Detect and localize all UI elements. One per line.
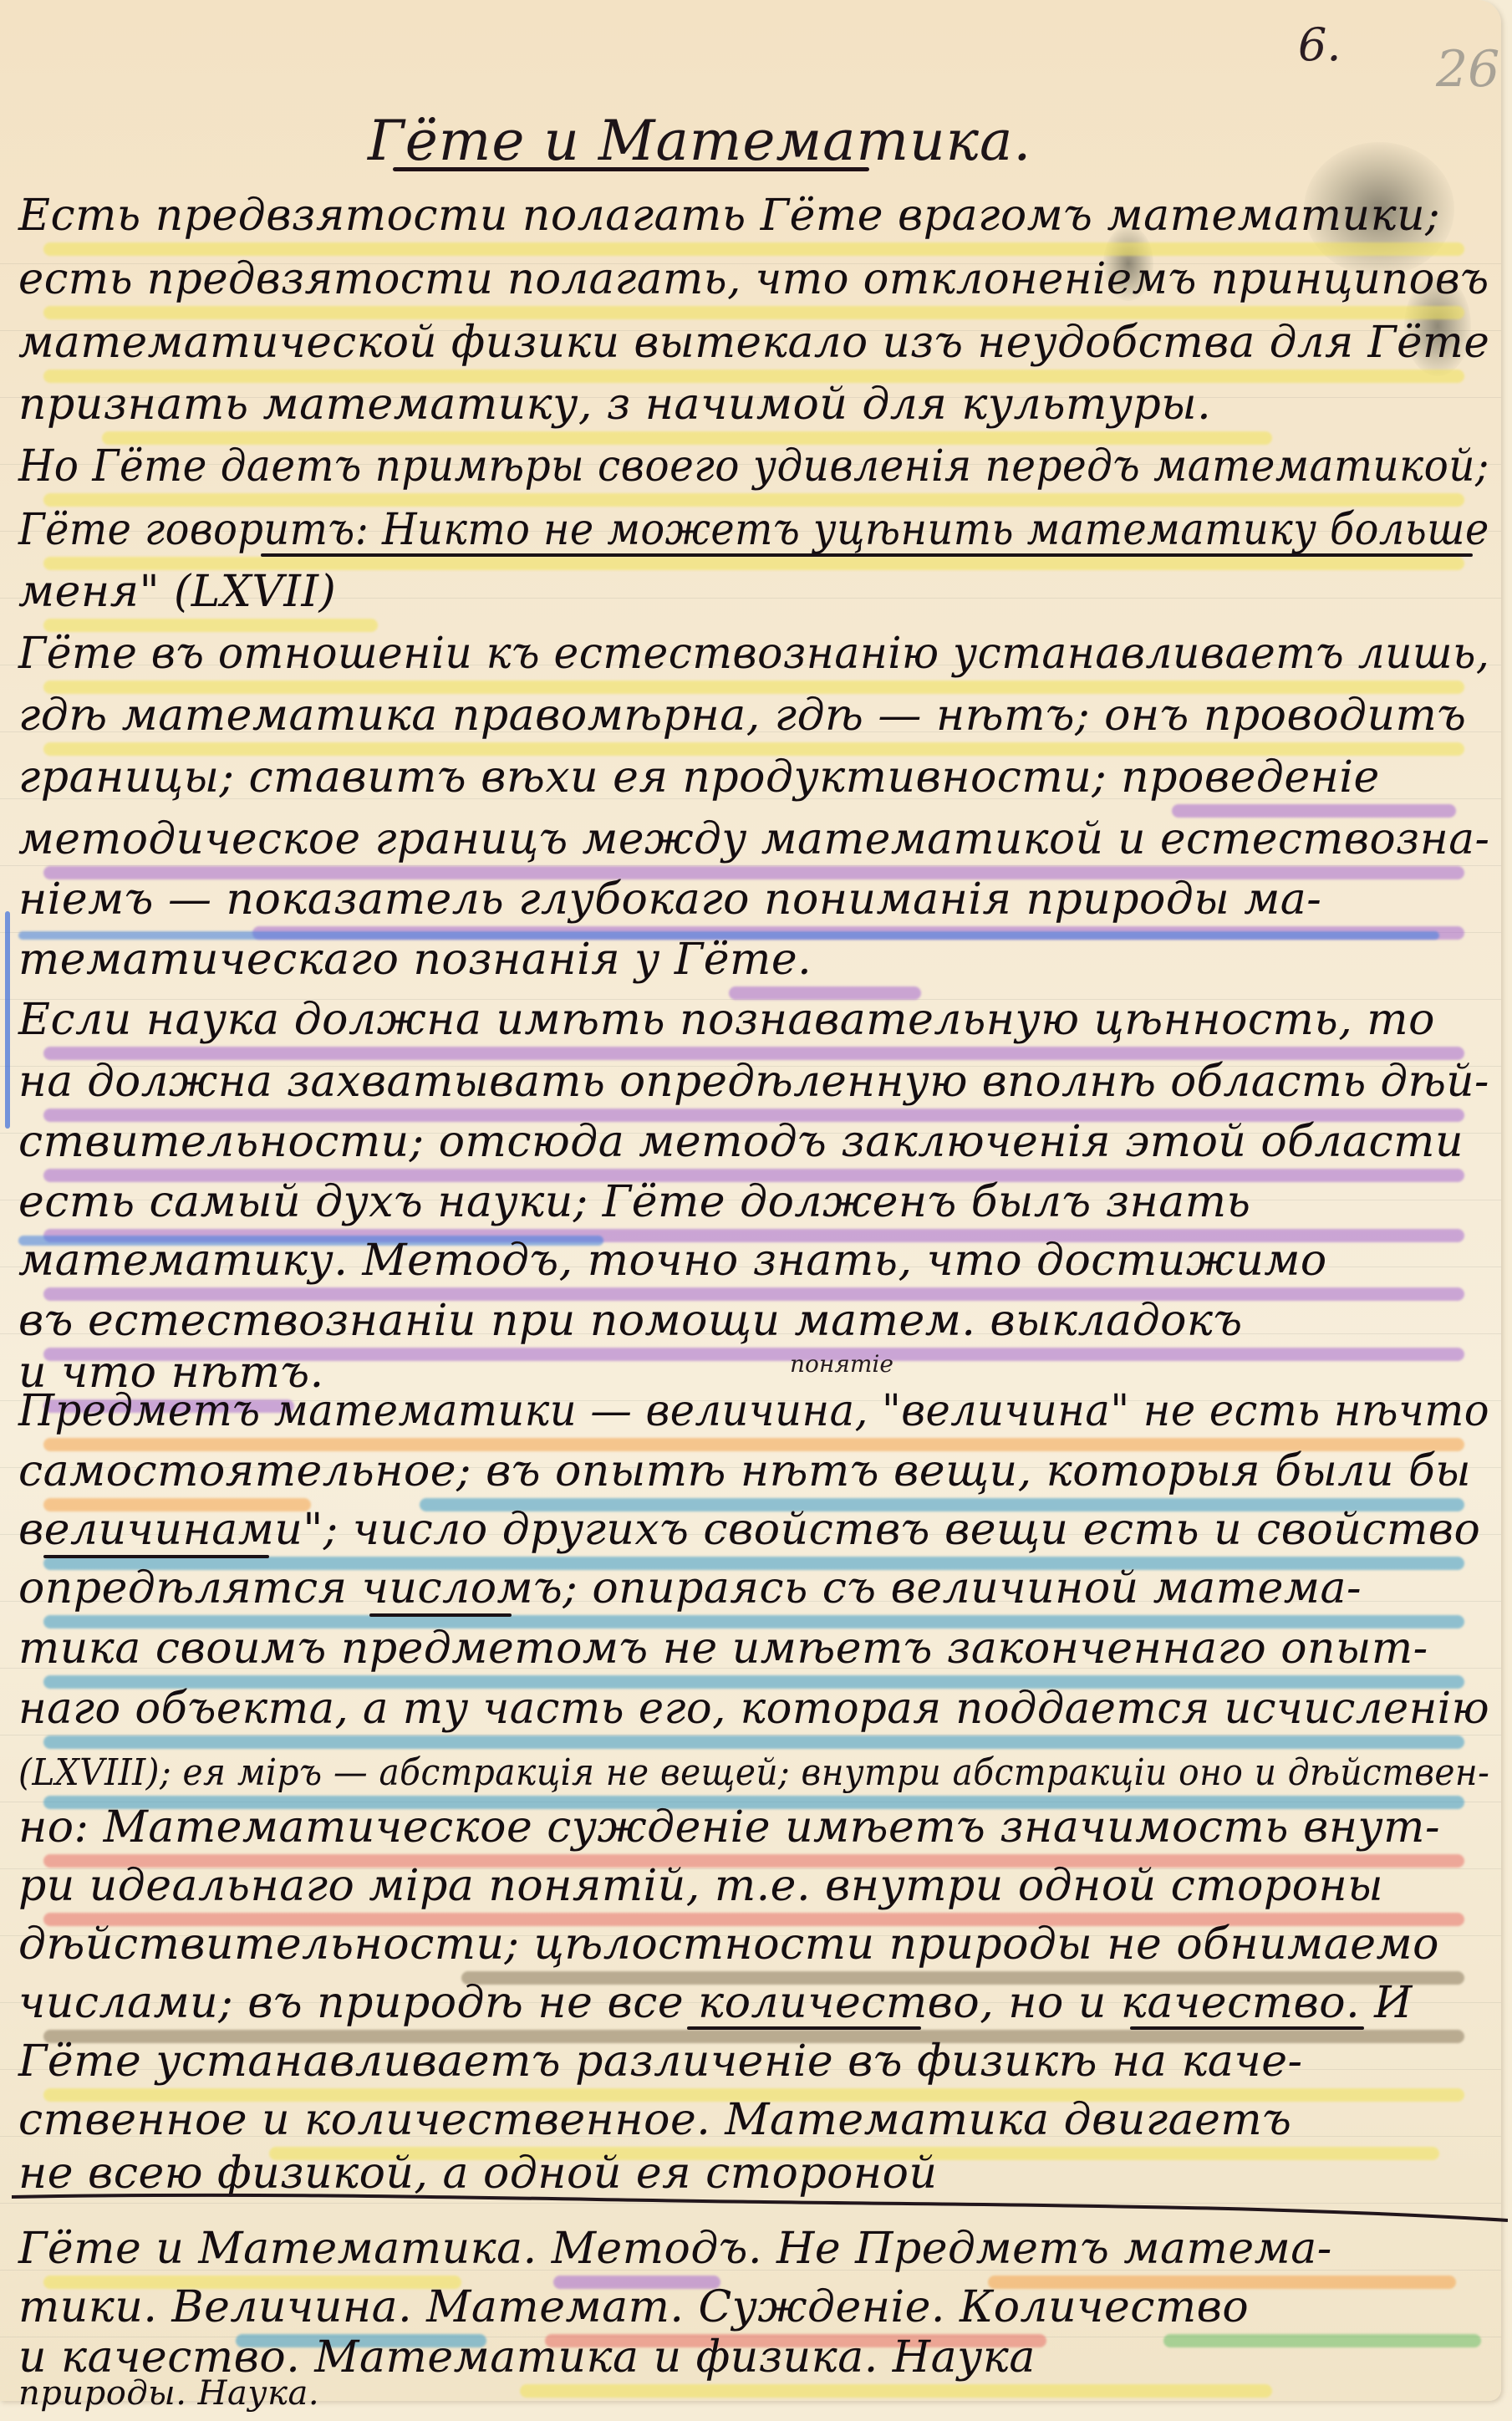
manuscript-line: Гёте устанавливаетъ различеніе въ физикѣ… bbox=[18, 2036, 1498, 2095]
page-number-ink: 6. bbox=[1298, 18, 1341, 71]
manuscript-line: Есть предвзятости полагать Гёте врагомъ … bbox=[18, 191, 1498, 249]
manuscript-line: числами; въ природѣ не все количество, н… bbox=[18, 1978, 1498, 2036]
interlinear-insert: понятіе bbox=[790, 1350, 893, 1378]
title-underline bbox=[393, 167, 869, 171]
manuscript-line: тика своимъ предметомъ не имѣетъ законче… bbox=[18, 1623, 1498, 1682]
manuscript-line: самостоятельное; въ опытѣ нѣтъ вещи, кот… bbox=[18, 1446, 1498, 1505]
manuscript-line: опредѣлятся числомъ; опираясь съ величин… bbox=[18, 1563, 1498, 1622]
manuscript-line: Гёте говоритъ: Никто не можетъ уцѣнить м… bbox=[18, 505, 1498, 563]
manuscript-line: методическое границъ между математикой и… bbox=[18, 814, 1498, 873]
summary-line: Гёте и Математика. Методъ. Не Предметъ м… bbox=[18, 2224, 1498, 2282]
manuscript-line: Предметъ математики — величина, "величин… bbox=[18, 1386, 1498, 1445]
manuscript-line: на должна захватывать опредѣленную вполн… bbox=[18, 1057, 1498, 1115]
manuscript-line: есть самый духъ науки; Гёте долженъ былъ… bbox=[18, 1177, 1498, 1236]
manuscript-line: математической физики вытекало изъ неудо… bbox=[18, 318, 1498, 376]
manuscript-line: Если наука должна имѣть познавательную ц… bbox=[18, 995, 1498, 1053]
manuscript-line: наго объекта, а ту часть его, которая по… bbox=[18, 1684, 1498, 1742]
manuscript-line: Гёте въ отношеніи къ естествознанію уста… bbox=[18, 629, 1498, 687]
manuscript-line: меня" (LXVII) bbox=[18, 567, 1498, 625]
manuscript-line: но: Математическое сужденіе имѣетъ значи… bbox=[18, 1802, 1498, 1861]
page-title: Гёте и Математика. bbox=[368, 109, 1031, 173]
manuscript-line: тематическаго познанія у Гёте. bbox=[18, 935, 1498, 993]
margin-mark bbox=[5, 911, 10, 1129]
manuscript-line: математику. Методъ, точно знать, что дос… bbox=[18, 1236, 1498, 1294]
manuscript-line: величинами"; число другихъ свойствъ вещи… bbox=[18, 1505, 1498, 1563]
manuscript-page: 6. 26 Гёте и Математика. Есть предвзятос… bbox=[0, 0, 1501, 2401]
manuscript-line: Но Гёте даетъ примѣры своего удивленія п… bbox=[18, 441, 1498, 500]
page-number-pencil: 26 bbox=[1436, 40, 1499, 99]
summary-line: природы. Наука. bbox=[18, 2362, 1498, 2408]
manuscript-line: дѣйствительности; цѣлостности природы не… bbox=[18, 1919, 1498, 1978]
manuscript-line: ствительности; отсюда методъ заключенія … bbox=[18, 1117, 1498, 1175]
manuscript-line: гдѣ математика правомѣрна, гдѣ — нѣтъ; о… bbox=[18, 691, 1498, 749]
manuscript-line: (LXVIII); ея міръ — абстракція не вещей;… bbox=[18, 1744, 1498, 1802]
wavy-divider bbox=[12, 2190, 1508, 2224]
manuscript-line: ніемъ — показатель глубокаго пониманія п… bbox=[18, 874, 1498, 933]
manuscript-line: ри идеальнаго міра понятій, т.е. внутри … bbox=[18, 1861, 1498, 1919]
manuscript-line: въ естествознаніи при помощи матем. выкл… bbox=[18, 1296, 1498, 1354]
manuscript-line: границы; ставитъ вѣхи ея продуктивности;… bbox=[18, 752, 1498, 811]
manuscript-line: ственное и количественное. Математика дв… bbox=[18, 2095, 1498, 2153]
manuscript-line: есть предвзятости полагать, что отклонен… bbox=[18, 254, 1498, 313]
manuscript-line: признать математику, з начимой для культ… bbox=[18, 380, 1498, 438]
